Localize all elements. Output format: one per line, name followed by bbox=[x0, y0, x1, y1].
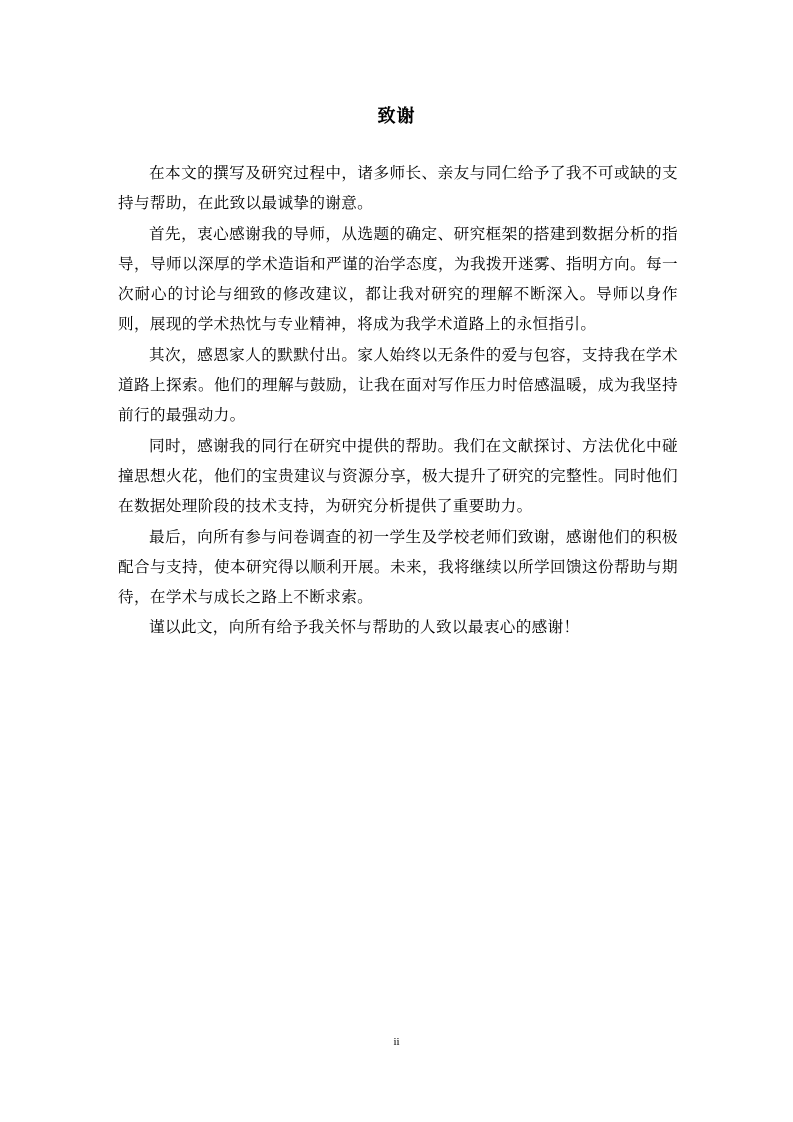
page-title: 致谢 bbox=[0, 104, 793, 130]
paragraph-peers: 同时，感谢我的同行在研究中提供的帮助。我们在文献探讨、方法优化中碰撞思想火花，他… bbox=[118, 431, 678, 522]
paragraph-intro: 在本文的撰写及研究过程中，诸多师长、亲友与同仁给予了我不可或缺的支持与帮助，在此… bbox=[118, 158, 678, 219]
acknowledgement-body: 在本文的撰写及研究过程中，诸多师长、亲友与同仁给予了我不可或缺的支持与帮助，在此… bbox=[118, 158, 678, 643]
paragraph-advisor: 首先，衷心感谢我的导师，从选题的确定、研究框架的搭建到数据分析的指导，导师以深厚… bbox=[118, 219, 678, 340]
paragraph-family: 其次，感恩家人的默默付出。家人始终以无条件的爱与包容，支持我在学术道路上探索。他… bbox=[118, 340, 678, 431]
page-number: ii bbox=[0, 1035, 793, 1049]
document-page: 致谢 在本文的撰写及研究过程中，诸多师长、亲友与同仁给予了我不可或缺的支持与帮助… bbox=[0, 0, 793, 1122]
paragraph-participants: 最后，向所有参与问卷调查的初一学生及学校老师们致谢，感谢他们的积极配合与支持，使… bbox=[118, 522, 678, 613]
paragraph-closing: 谨以此文，向所有给予我关怀与帮助的人致以最衷心的感谢！ bbox=[118, 612, 678, 642]
